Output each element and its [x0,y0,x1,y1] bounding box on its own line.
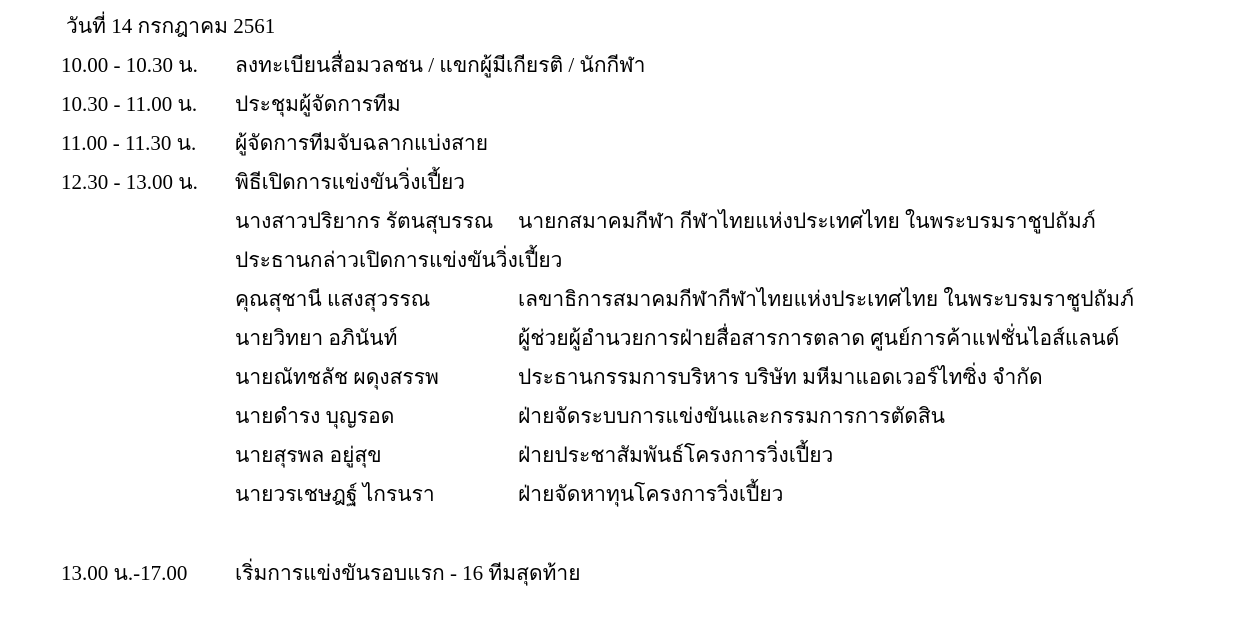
dignitary-row: คุณสุชานี แสงสุวรรณ เลขาธิการสมาคมกีฬากี… [0,280,1240,319]
name-cell: ประธานกล่าวเปิดการแข่งขันวิ่งเปี้ยว [235,244,518,277]
role-cell: เลขาธิการสมาคมกีฬากีฬาไทยแห่งประเทศไทย ใ… [518,283,1240,316]
time-cell: 10.00 - 10.30 น. [61,49,235,82]
role-cell: ประธานกรรมการบริหาร บริษัท มหีมาแอดเวอร์… [518,361,1240,394]
dignitary-row: นายณัทชลัช ผดุงสรรพ ประธานกรรมการบริหาร … [0,358,1240,397]
name-cell: นางสาวปริยากร รัตนสุบรรณ [235,205,518,238]
date-heading-row: วันที่ 14 กรกฎาคม 2561 [0,7,1240,46]
name-cell: คุณสุชานี แสงสุวรรณ [235,283,518,316]
dignitary-row: นายวิทยา อภินันท์ ผู้ช่วยผู้อำนวยการฝ่าย… [0,319,1240,358]
date-heading: วันที่ 14 กรกฎาคม 2561 [66,10,275,43]
schedule-row: 11.00 - 11.30 น. ผู้จัดการทีมจับฉลากแบ่ง… [0,124,1240,163]
role-cell: นายกสมาคมกีฬา กีฬาไทยแห่งประเทศไทย ในพระ… [518,205,1240,238]
time-cell: 10.30 - 11.00 น. [61,88,235,121]
blank-spacer-row [0,514,1240,554]
activity-cell: ประชุมผู้จัดการทีม [235,88,1240,121]
role-cell: ฝ่ายประชาสัมพันธ์โครงการวิ่งเปี้ยว [518,439,1240,472]
schedule-row: 12.30 - 13.00 น. พิธีเปิดการแข่งขันวิ่งเ… [0,163,1240,202]
activity-cell: ผู้จัดการทีมจับฉลากแบ่งสาย [235,127,1240,160]
role-cell: ผู้ช่วยผู้อำนวยการฝ่ายสื่อสารการตลาด ศูน… [518,322,1240,355]
time-cell: 13.00 น.-17.00 [61,557,235,590]
dignitary-row: นายสุรพล อยู่สุข ฝ่ายประชาสัมพันธ์โครงกา… [0,436,1240,475]
dignitary-row: นางสาวปริยากร รัตนสุบรรณ นายกสมาคมกีฬา ก… [0,202,1240,241]
name-cell: นายวรเชษฎฐ์ ไกรนรา [235,478,518,511]
activity-cell: ลงทะเบียนสื่อมวลชน / แขกผู้มีเกียรติ / น… [235,49,1240,82]
name-cell: นายสุรพล อยู่สุข [235,439,518,472]
dignitary-row: ประธานกล่าวเปิดการแข่งขันวิ่งเปี้ยว [0,241,1240,280]
name-cell: นายวิทยา อภินันท์ [235,322,518,355]
time-cell: 11.00 - 11.30 น. [61,127,235,160]
schedule-row: 10.00 - 10.30 น. ลงทะเบียนสื่อมวลชน / แข… [0,46,1240,85]
final-schedule-row: 13.00 น.-17.00 เริ่มการแข่งขันรอบแรก - 1… [0,554,1240,593]
dignitary-row: นายวรเชษฎฐ์ ไกรนรา ฝ่ายจัดหาทุนโครงการวิ… [0,475,1240,514]
dignitary-row: นายดำรง บุญรอด ฝ่ายจัดระบบการแข่งขันและก… [0,397,1240,436]
activity-cell: เริ่มการแข่งขันรอบแรก - 16 ทีมสุดท้าย [235,557,1240,590]
event-schedule-document: วันที่ 14 กรกฎาคม 2561 10.00 - 10.30 น. … [0,0,1240,620]
name-cell: นายณัทชลัช ผดุงสรรพ [235,361,518,394]
role-cell: ฝ่ายจัดหาทุนโครงการวิ่งเปี้ยว [518,478,1240,511]
activity-cell: พิธีเปิดการแข่งขันวิ่งเปี้ยว [235,166,1240,199]
name-cell: นายดำรง บุญรอด [235,400,518,433]
schedule-row: 10.30 - 11.00 น. ประชุมผู้จัดการทีม [0,85,1240,124]
role-cell: ฝ่ายจัดระบบการแข่งขันและกรรมการการตัดสิน [518,400,1240,433]
time-cell: 12.30 - 13.00 น. [61,166,235,199]
